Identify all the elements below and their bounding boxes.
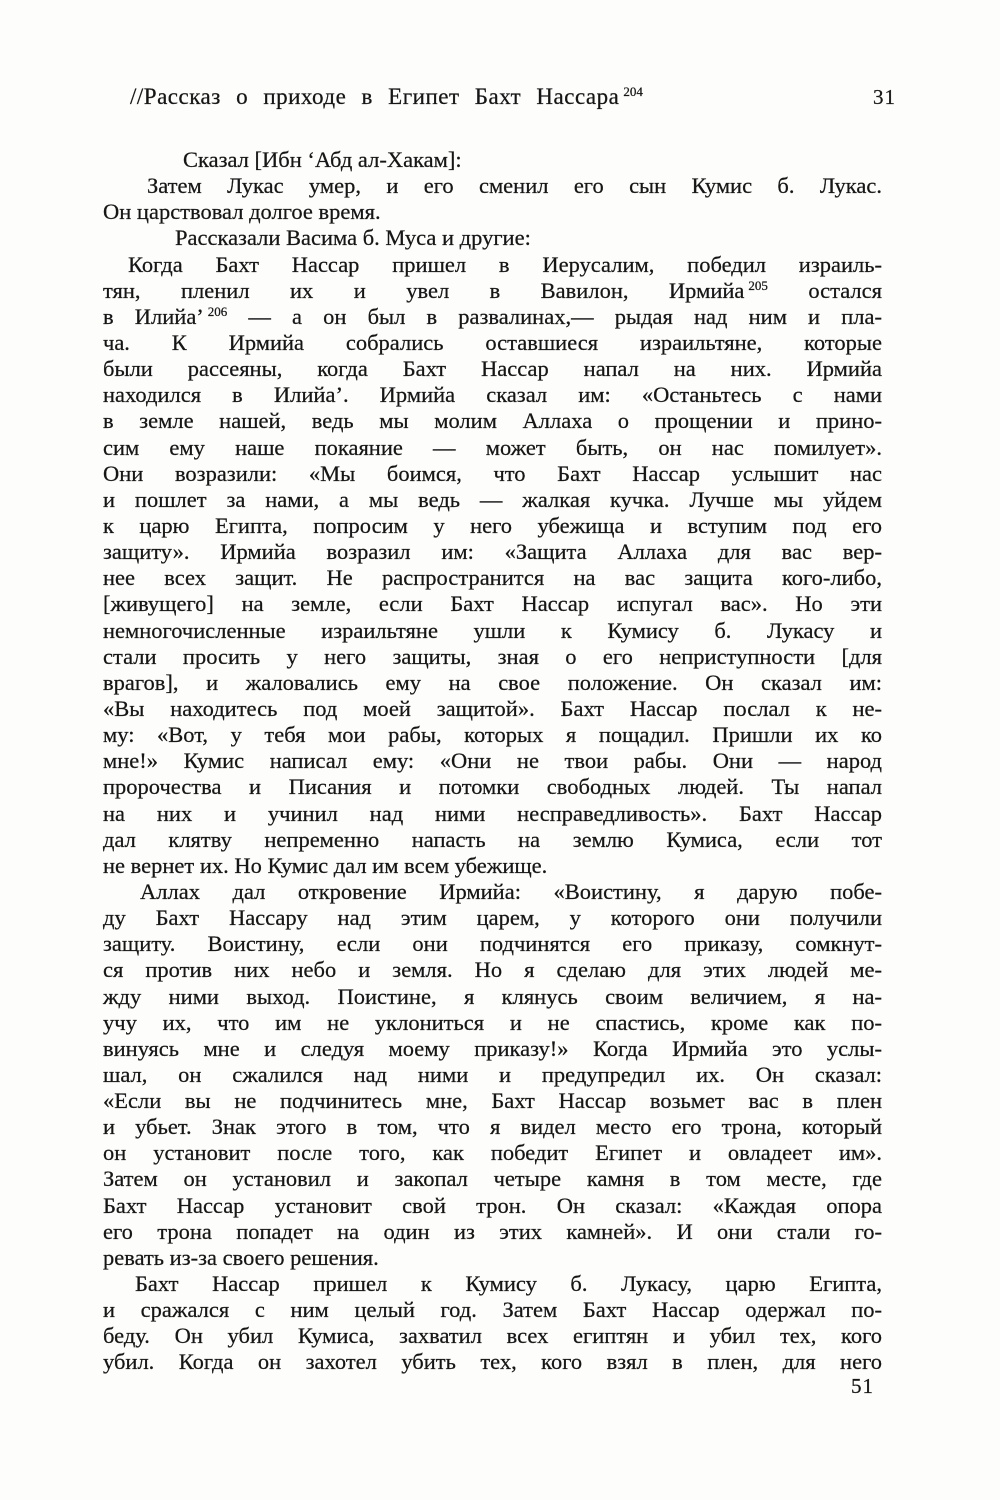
text-line: защиту». Ирмийа возразил им: «Защита Алл… bbox=[103, 539, 882, 565]
text-line: Когда Бахт Нассар пришел в Иерусалим, по… bbox=[103, 252, 882, 278]
text-line: жду ними выход. Поистине, я клянусь свои… bbox=[103, 984, 882, 1010]
text-line: и пошлет за нами, а мы ведь — жалкая куч… bbox=[103, 487, 882, 513]
text-line: в Илийа’206 — а он был в развалинах,— ры… bbox=[103, 304, 882, 330]
text-line: и убьет. Знак этого в том, что я видел м… bbox=[103, 1114, 882, 1140]
text-line: его трона попадет на один из этих камней… bbox=[103, 1219, 882, 1245]
text-line: учу их, что им не уклониться и не спасти… bbox=[103, 1010, 882, 1036]
text-line: на них и учинил над ними несправедливост… bbox=[103, 801, 882, 827]
text-line: были рассеяны, когда Бахт Нассар напал н… bbox=[103, 356, 882, 382]
signature-number: 51 bbox=[851, 1374, 874, 1399]
text-line: му: «Вот, у тебя мои рабы, которых я пощ… bbox=[103, 722, 882, 748]
text-line: Он царствовал долгое время. bbox=[103, 199, 882, 225]
text-line: и сражался с ним целый год. Затем Бахт Н… bbox=[103, 1297, 882, 1323]
text-line: нее всех защит. Не распространится на ва… bbox=[103, 565, 882, 591]
text-line: Затем он установил и закопал четыре камн… bbox=[103, 1166, 882, 1192]
text-line: стали просить у него защиты, зная о его … bbox=[103, 644, 882, 670]
text-line: Аллах дал откровение Ирмийа: «Воистину, … bbox=[103, 879, 882, 905]
text-line: тян, пленил их и увел в Вавилон, Ирмийа2… bbox=[103, 278, 882, 304]
text-line: мне!» Кумис написал ему: «Они не твои ра… bbox=[103, 748, 882, 774]
text-line: беду. Он убил Кумиса, захватил всех егип… bbox=[103, 1323, 882, 1349]
text-line: защиту. Воистину, если они подчинятся ег… bbox=[103, 931, 882, 957]
text-line: ревать из-за своего решения. bbox=[103, 1245, 882, 1271]
text-line: Они возразили: «Мы боимся, что Бахт Насс… bbox=[103, 461, 882, 487]
text-line: «Вы находитесь под моей защитой». Бахт Н… bbox=[103, 696, 882, 722]
text-line: Бахт Нассар пришел к Кумису б. Лукасу, ц… bbox=[103, 1271, 882, 1297]
text-line: в земле нашей, ведь мы молим Аллаха о пр… bbox=[103, 408, 882, 434]
footnote-ref: 204 bbox=[623, 84, 643, 99]
text-line: Затем Лукас умер, и его сменил его сын К… bbox=[103, 173, 882, 199]
folio-number: 31 bbox=[873, 85, 896, 110]
text-line: сим ему наше покаяние — может быть, он н… bbox=[103, 435, 882, 461]
text-line: немногочисленные израильтяне ушли к Куми… bbox=[103, 618, 882, 644]
text-line: «Если вы не подчинитесь мне, Бахт Нассар… bbox=[103, 1088, 882, 1114]
text-line: убил. Когда он захотел убить тех, кого в… bbox=[103, 1349, 882, 1375]
text-line: [живущего] на земле, если Бахт Нассар ис… bbox=[103, 591, 882, 617]
text-line: Рассказали Васима б. Муса и другие: bbox=[103, 225, 882, 251]
running-title: //Рассказ о приходе в Египет Бахт Нассар… bbox=[130, 84, 643, 110]
text-line: не вернет их. Но Кумис дал им всем убежи… bbox=[103, 853, 882, 879]
text-line: шал, он сжалился над ними и предупредил … bbox=[103, 1062, 882, 1088]
text-line: ся против них небо и земля. Но я сделаю … bbox=[103, 957, 882, 983]
text-line: он установит после того, как победит Еги… bbox=[103, 1140, 882, 1166]
running-title-text: //Рассказ о приходе в Египет Бахт Нассар… bbox=[130, 84, 619, 109]
text-line: винуясь мне и следуя моему приказу!» Ког… bbox=[103, 1036, 882, 1062]
footnote-ref: 206 bbox=[208, 304, 228, 319]
text-block: Сказал [Ибн ‘Абд ал-Хакам]:Затем Лукас у… bbox=[103, 147, 882, 1376]
text-line: ду Бахт Нассару над этим царем, у которо… bbox=[103, 905, 882, 931]
text-line: врагов], и жаловались ему на свое положе… bbox=[103, 670, 882, 696]
text-line: пророчества и Писания и потомки свободны… bbox=[103, 774, 882, 800]
text-line: Сказал [Ибн ‘Абд ал-Хакам]: bbox=[103, 147, 882, 173]
text-line: ча. К Ирмийа собрались оставшиеся израил… bbox=[103, 330, 882, 356]
text-line: к царю Египта, попросим у него убежища и… bbox=[103, 513, 882, 539]
page-header: //Рассказ о приходе в Египет Бахт Нассар… bbox=[130, 84, 896, 110]
book-page: //Рассказ о приходе в Египет Бахт Нассар… bbox=[0, 0, 1000, 1500]
text-line: дал клятву непременно напасть на землю К… bbox=[103, 827, 882, 853]
text-line: Бахт Нассар установит свой трон. Он сказ… bbox=[103, 1193, 882, 1219]
text-line: находился в Илийа’. Ирмийа сказал им: «О… bbox=[103, 382, 882, 408]
footnote-ref: 205 bbox=[748, 278, 768, 293]
